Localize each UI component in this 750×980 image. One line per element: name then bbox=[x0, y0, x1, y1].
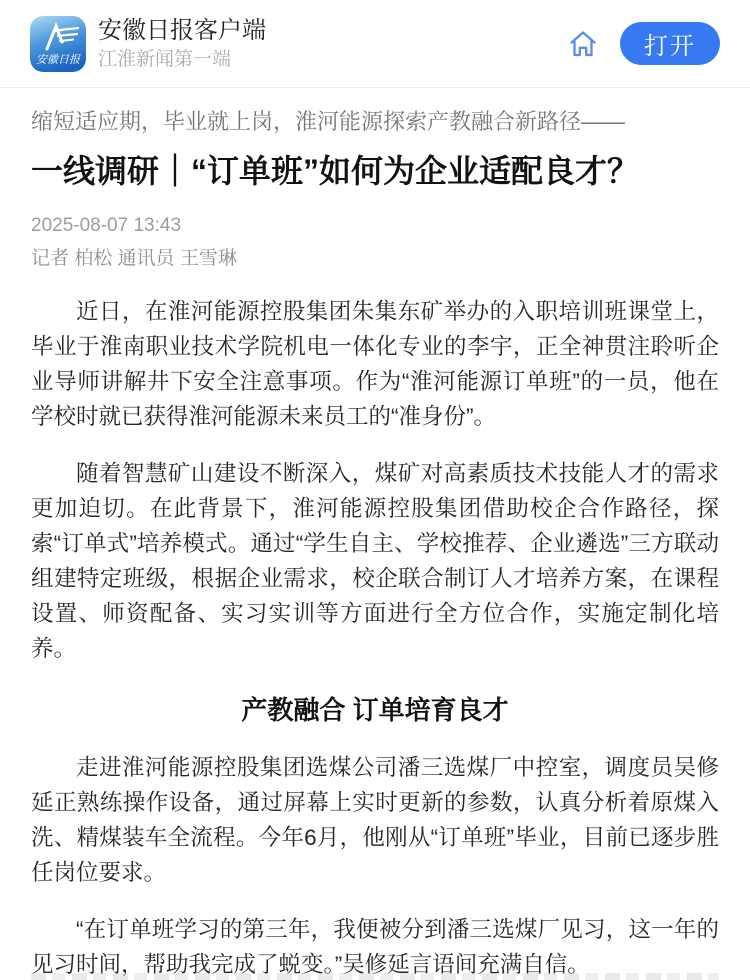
article-body: 近日，在淮河能源控股集团朱集东矿举办的入职培训班课堂上，毕业于淮南职业技术学院机… bbox=[31, 294, 719, 980]
app-meta: 安徽日报客户端 江淮新闻第一端 bbox=[98, 16, 566, 72]
app-logo[interactable]: 安徽日报 bbox=[30, 16, 86, 72]
home-icon bbox=[567, 28, 599, 60]
article-paragraph: “在订单班学习的第三年，我便被分到潘三选煤厂见习，这一年的见习时间，帮助我完成了… bbox=[31, 912, 719, 980]
publish-date: 2025-08-07 13:43 bbox=[31, 213, 719, 239]
home-button[interactable] bbox=[566, 27, 600, 61]
app-name: 安徽日报客户端 bbox=[98, 16, 566, 46]
app-banner: 安徽日报 安徽日报客户端 江淮新闻第一端 打开 bbox=[0, 0, 750, 88]
article: 缩短适应期，毕业就上岗，淮河能源探索产教融合新路径—— 一线调研｜“订单班”如何… bbox=[0, 88, 750, 980]
open-app-button[interactable]: 打开 bbox=[620, 22, 720, 65]
article-paragraph: 近日，在淮河能源控股集团朱集东矿举办的入职培训班课堂上，毕业于淮南职业技术学院机… bbox=[31, 294, 719, 434]
article-paragraph: 走进淮河能源控股集团选煤公司潘三选煤厂中控室，调度员吴修延正熟练操作设备，通过屏… bbox=[31, 750, 719, 890]
app-subtitle: 江淮新闻第一端 bbox=[98, 48, 566, 72]
article-eyebrow: 缩短适应期，毕业就上岗，淮河能源探索产教融合新路径—— bbox=[31, 106, 719, 137]
article-paragraph: 随着智慧矿山建设不断深入，煤矿对高素质技术技能人才的需求更加迫切。在此背景下，淮… bbox=[31, 456, 719, 666]
logo-text: 安徽日报 bbox=[36, 53, 81, 66]
clipped-next-line bbox=[31, 973, 719, 980]
article-title: 一线调研｜“订单班”如何为企业适配良才？ bbox=[31, 149, 719, 193]
byline: 记者 柏松 通讯员 王雪琳 bbox=[31, 246, 719, 272]
section-heading: 产教融合 订单培育良才 bbox=[31, 692, 719, 728]
banner-actions: 打开 bbox=[566, 22, 720, 65]
